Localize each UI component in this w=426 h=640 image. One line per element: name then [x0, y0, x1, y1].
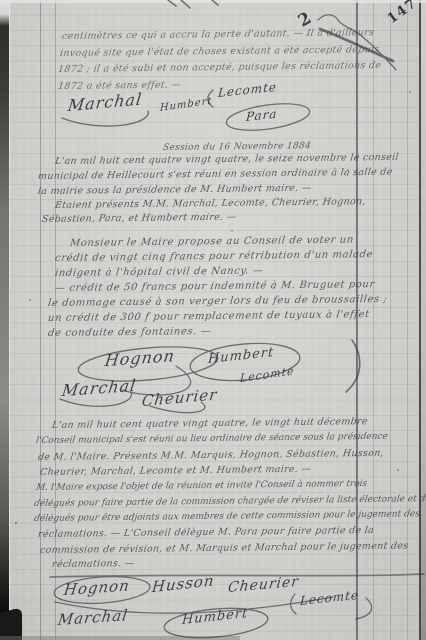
- handwritten-line: l'Conseil municipal s'est réuni au lieu …: [35, 432, 388, 446]
- handwritten-line: de M. l'Maire. Présents M.M. Marquis, Ho…: [37, 448, 384, 463]
- signature: Para: [246, 107, 278, 124]
- handwritten-line: Cheurier, Marchal, Lecomte et M. Humbert…: [39, 464, 312, 478]
- signature: Cheurier: [227, 574, 300, 596]
- signature: Husson: [151, 571, 215, 596]
- top-edge: [0, 0, 426, 3]
- handwritten-line: 1872 a été sans effet. —: [57, 79, 182, 92]
- ink-speck: [15, 522, 17, 524]
- binding-edge: [0, 0, 10, 640]
- handwritten-line: centimètres ce qui a accru la perte d'au…: [61, 27, 375, 42]
- ink-speck: [29, 299, 31, 301]
- bottom-edge: [0, 636, 240, 640]
- handwritten-line: L'an mil huit cent quatre vingt quatre, …: [51, 416, 368, 431]
- handwritten-line: le dommage causé à son verger lors du fe…: [47, 294, 388, 309]
- handwritten-line: réclamations. —: [51, 558, 135, 570]
- signature: Marchal: [57, 606, 130, 629]
- session-date-heading: Session du 16 Novembre 1884: [162, 141, 311, 153]
- signature: Cheurier: [141, 385, 219, 410]
- handwritten-line: 1872 ; il a été subi et non accepté, pui…: [57, 60, 382, 75]
- manuscript-page-scan: 147 2 centimètres ce qui a accru la pert…: [0, 0, 426, 640]
- handwritten-line: M. l'Maire expose l'objet de la réunion …: [35, 479, 367, 493]
- signature: Lecomte: [240, 364, 295, 385]
- handwritten-line: réclamations. — L'Conseil délègue M. Par…: [37, 525, 374, 540]
- handwritten-line: la mairie sous la présidence de M. Humbe…: [37, 183, 312, 197]
- signature: Marchal: [67, 89, 144, 115]
- handwritten-line: Sébastien, Para, et Humbert maire. —: [41, 212, 237, 225]
- signature: Hognon: [63, 576, 131, 599]
- signature: Humbert: [181, 606, 248, 628]
- handwritten-line: municipal de Heillecourt s'est réuni en …: [37, 167, 393, 182]
- handwritten-line: — crédit de 50 francs pour indemnité à M…: [54, 279, 375, 294]
- handwritten-line: un crédit de 300 f pour remplacement de …: [47, 309, 370, 324]
- handwritten-line: invoqué site que l'état de choses exista…: [59, 44, 380, 59]
- handwritten-line: Étaient présents M.M. Marchal, Lecomte, …: [54, 196, 366, 211]
- handwritten-line: de conduite des fontaines. —: [47, 326, 212, 339]
- signature: Lecomte: [218, 80, 278, 100]
- handwritten-line: crédit de vingt cinq francs pour rétribu…: [54, 249, 373, 264]
- signature: Humbert: [207, 345, 274, 367]
- signature: Hognon: [104, 346, 177, 370]
- ink-speck: [231, 230, 233, 232]
- page-edge-band: [421, 0, 426, 640]
- handwritten-line: Monsieur le Maire propose au Conseil de …: [69, 235, 354, 249]
- handwritten-line: commission de révision, et M. Marquis et…: [39, 540, 409, 556]
- signature-arc: [291, 594, 296, 614]
- signature: Marchal: [61, 376, 138, 400]
- handwritten-line: L'an mil huit cent quatre vingt quatre, …: [54, 152, 399, 167]
- handwritten-line: indigent à l'hôpital civil de Nancy. —: [54, 265, 264, 279]
- signature: Humbert: [160, 96, 213, 115]
- signature: Lecomte: [300, 588, 360, 608]
